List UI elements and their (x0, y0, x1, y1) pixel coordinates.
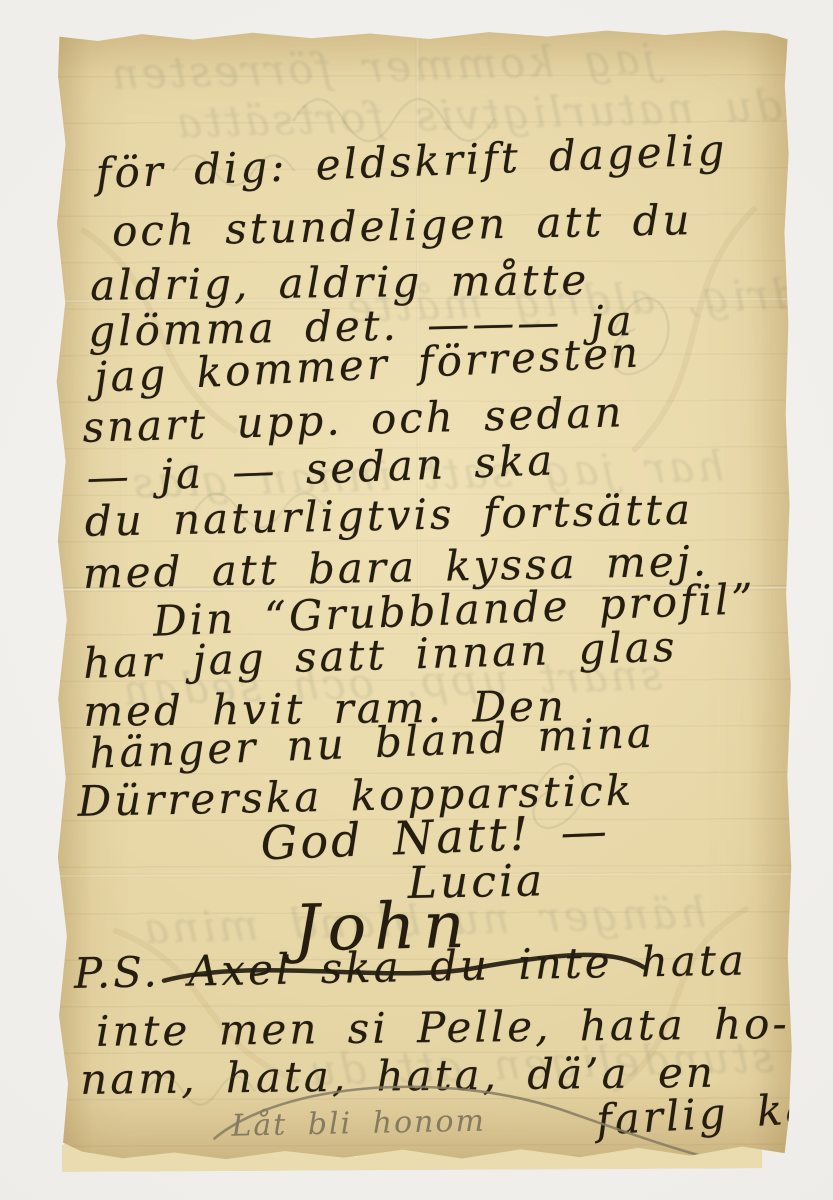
bleedthrough-text: jag kommer förresten (108, 34, 656, 99)
letter-line: för dig: eldskrift dagelig (95, 125, 728, 198)
photo-background: jag kommer förresten du naturligtvis for… (0, 0, 833, 1200)
letter-line: och stundeligen att du (112, 195, 693, 256)
letter-page: jag kommer förresten du naturligtvis for… (54, 29, 794, 1163)
pencil-annotation: Låt bli honom (231, 1104, 486, 1144)
postscript-line: P.S. Axel ska du inte hata (73, 935, 747, 997)
